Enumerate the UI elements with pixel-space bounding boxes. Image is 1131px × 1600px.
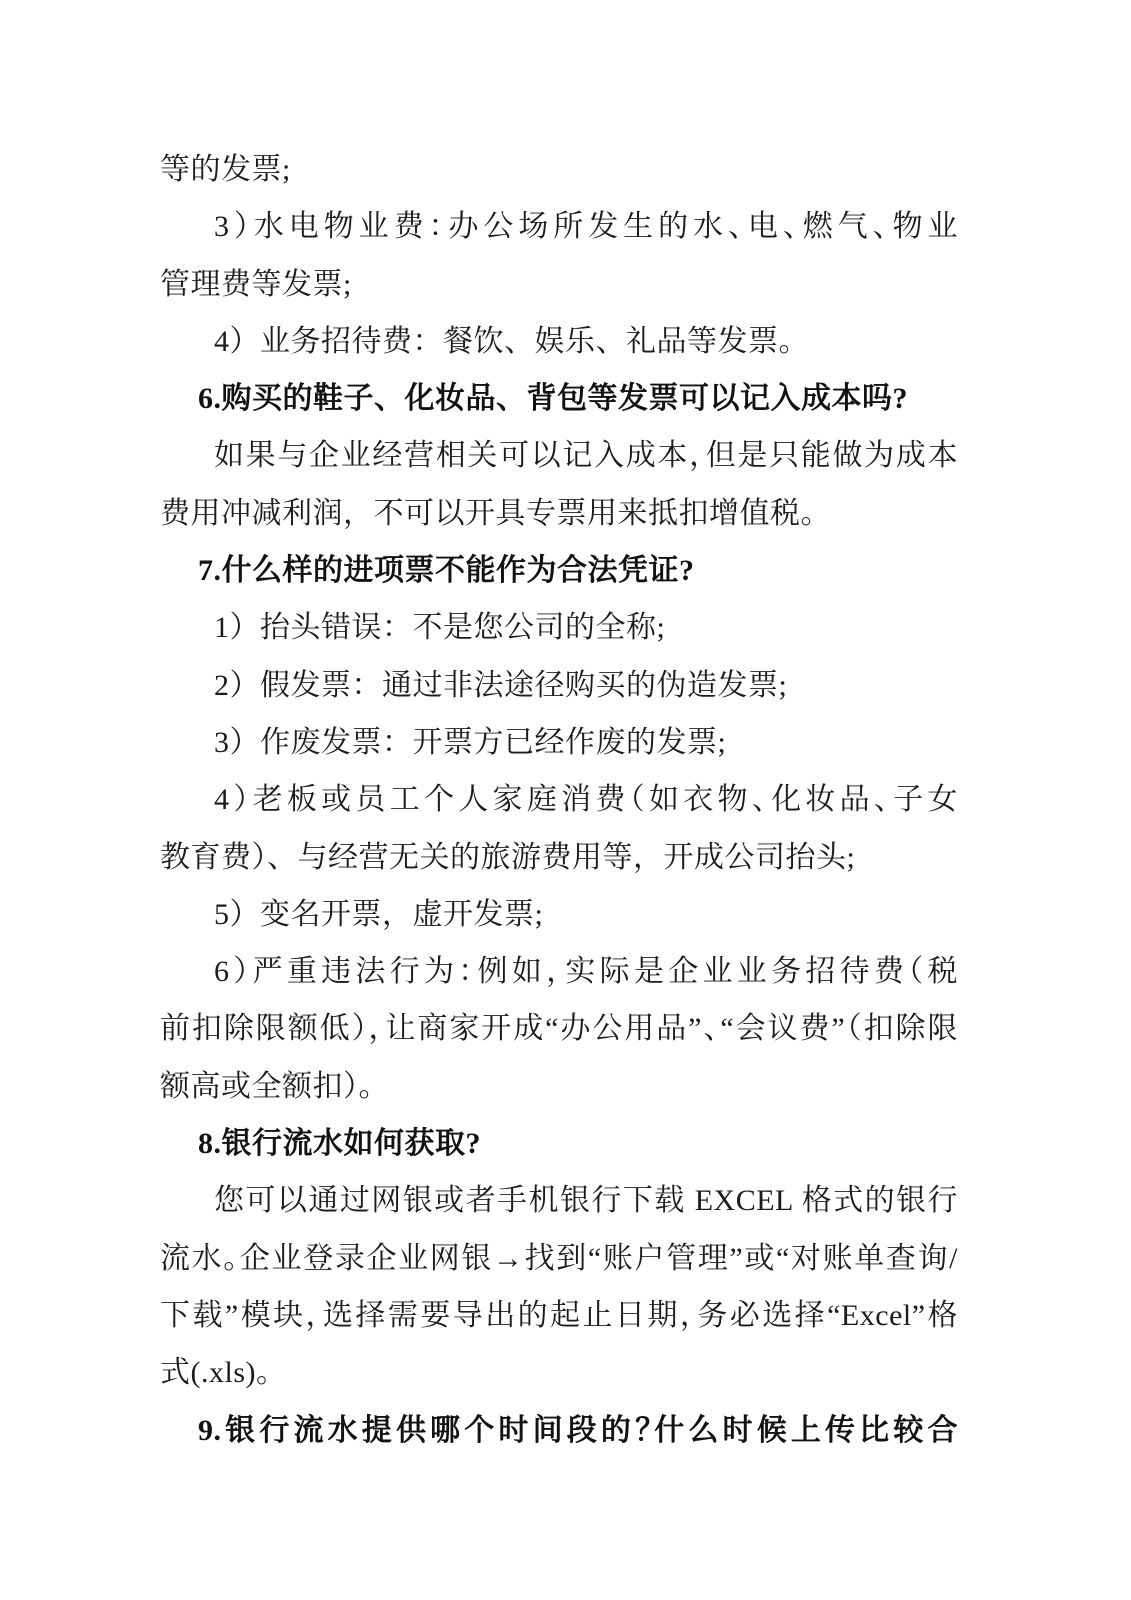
document-page: 等的发票;3）水电物业费：办公场所发生的水、电、燃气、物业管理费等发票;4）业务… <box>0 0 1131 1600</box>
text-line: 管理费等发票; <box>160 256 958 313</box>
text-line: 1）抬头错误：不是您公司的全称; <box>160 599 958 656</box>
text-line: 4）业务招待费：餐饮、娱乐、礼品等发票。 <box>160 313 958 370</box>
text-line: 式(.xls)。 <box>160 1344 958 1401</box>
text-line: 6）严重违法行为：例如，实际是企业业务招待费（税 <box>160 943 958 1000</box>
text-line: 额高或全额扣）。 <box>160 1058 958 1115</box>
text-line: 流水。企业登录企业网银→找到“账户管理”或“对账单查询/ <box>160 1230 958 1287</box>
text-line: 下载”模块，选择需要导出的起止日期，务必选择“Excel”格 <box>160 1287 958 1344</box>
text-line: 等的发票; <box>160 141 958 198</box>
text-line: 5）变名开票，虚开发票; <box>160 886 958 943</box>
text-line: 如果与企业经营相关可以记入成本，但是只能做为成本 <box>160 427 958 484</box>
question-heading-line: 6.购买的鞋子、化妆品、背包等发票可以记入成本吗? <box>160 370 958 427</box>
question-heading-line: 8.银行流水如何获取? <box>160 1115 958 1172</box>
text-line: 3）水电物业费：办公场所发生的水、电、燃气、物业 <box>160 198 958 255</box>
text-line: 您可以通过网银或者手机银行下载 EXCEL 格式的银行 <box>160 1172 958 1229</box>
document-text-block: 等的发票;3）水电物业费：办公场所发生的水、电、燃气、物业管理费等发票;4）业务… <box>160 141 958 1459</box>
text-line: 2）假发票：通过非法途径购买的伪造发票; <box>160 657 958 714</box>
text-line: 3）作废发票：开票方已经作废的发票; <box>160 714 958 771</box>
text-line: 前扣除限额低），让商家开成“办公用品”、“会议费”（扣除限 <box>160 1000 958 1057</box>
text-line: 费用冲减利润，不可以开具专票用来抵扣增值税。 <box>160 485 958 542</box>
text-line: 4）老板或员工个人家庭消费（如衣物、化妆品、子女 <box>160 771 958 828</box>
text-line: 教育费）、与经营无关的旅游费用等，开成公司抬头; <box>160 829 958 886</box>
question-heading-line: 7.什么样的进项票不能作为合法凭证? <box>160 542 958 599</box>
question-heading-line: 9.银行流水提供哪个时间段的？什么时候上传比较合 <box>160 1402 958 1459</box>
